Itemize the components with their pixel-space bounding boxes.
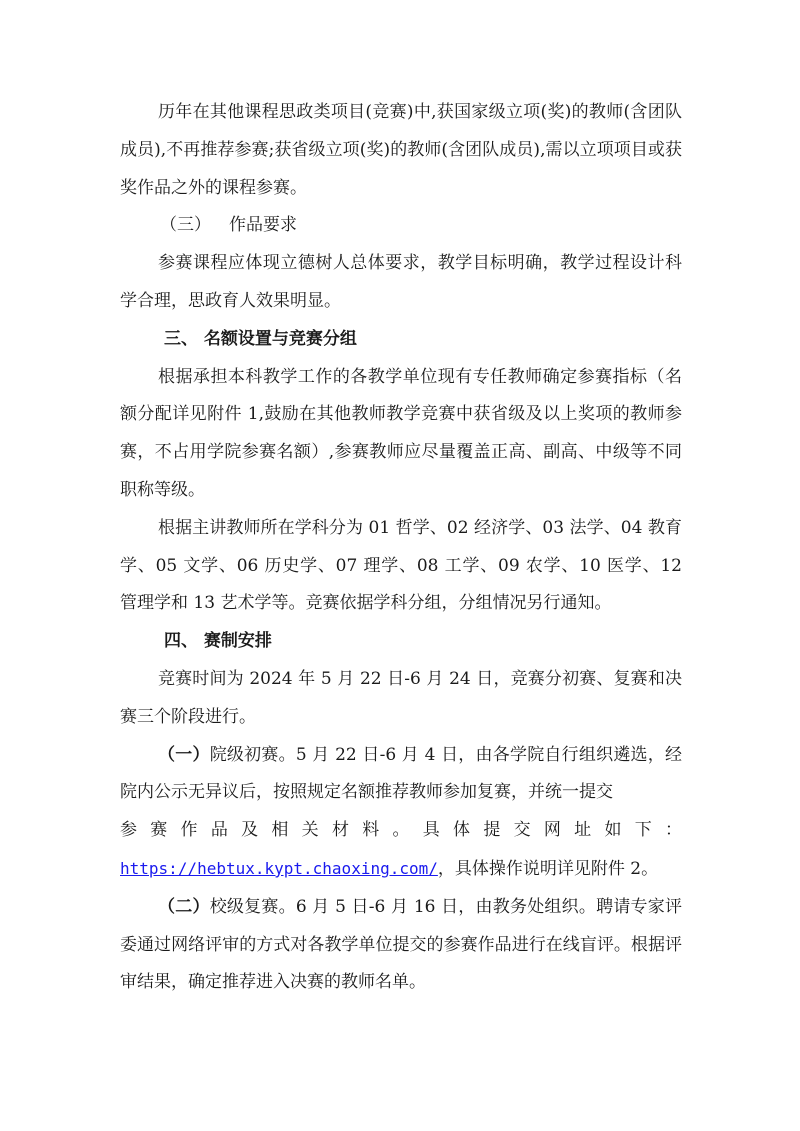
document-page: 历年在其他课程思政类项目(竞赛)中,获国家级立项(奖)的教师(含团队成员),不再… xyxy=(120,94,682,1002)
paragraph-preliminary: （一）院级初赛。5 月 22 日-6 月 4 日，由各学院自行组织遴选，经院内公… xyxy=(120,737,682,813)
submission-note: ，具体操作说明详见附件 2。 xyxy=(438,859,658,879)
submission-url-link[interactable]: https://hebtux.kypt.chaoxing.com/ xyxy=(120,859,438,878)
paragraph-submission-line: 参赛作品及相关材料。具体提交网址如下： xyxy=(120,812,682,850)
stage-title: 院级初赛。 xyxy=(210,745,296,765)
paragraph-quota: 根据承担本科教学工作的各教学单位现有专任教师确定参赛指标（名额分配详见附件 1,… xyxy=(120,359,682,510)
subheading-number: （三） xyxy=(160,215,211,235)
paragraph-prior-awards: 历年在其他课程思政类项目(竞赛)中,获国家级立项(奖)的教师(含团队成员),不再… xyxy=(120,94,682,207)
subheading-work-requirements: （三）作品要求 xyxy=(120,207,682,245)
paragraph-disciplines: 根据主讲教师所在学科分为 01 哲学、02 经济学、03 法学、04 教育学、0… xyxy=(120,510,682,623)
paragraph-submission-link-line: https://hebtux.kypt.chaoxing.com/，具体操作说明… xyxy=(120,850,682,889)
subheading-title: 作品要求 xyxy=(229,215,297,235)
stage-number: （一） xyxy=(158,745,210,765)
stage-number: （二） xyxy=(158,897,210,917)
stage-title: 校级复赛。 xyxy=(210,897,296,917)
section-heading-schedule: 四、 赛制安排 xyxy=(120,623,682,661)
paragraph-schedule: 竞赛时间为 2024 年 5 月 22 日-6 月 24 日，竞赛分初赛、复赛和… xyxy=(120,661,682,737)
paragraph-semifinal: （二）校级复赛。6 月 5 日-6 月 16 日，由教务处组织。聘请专家评委通过… xyxy=(120,889,682,1002)
paragraph-work-requirements: 参赛课程应体现立德树人总体要求，教学目标明确，教学过程设计科学合理，思政育人效果… xyxy=(120,245,682,321)
section-heading-quota: 三、 名额设置与竞赛分组 xyxy=(120,321,682,359)
